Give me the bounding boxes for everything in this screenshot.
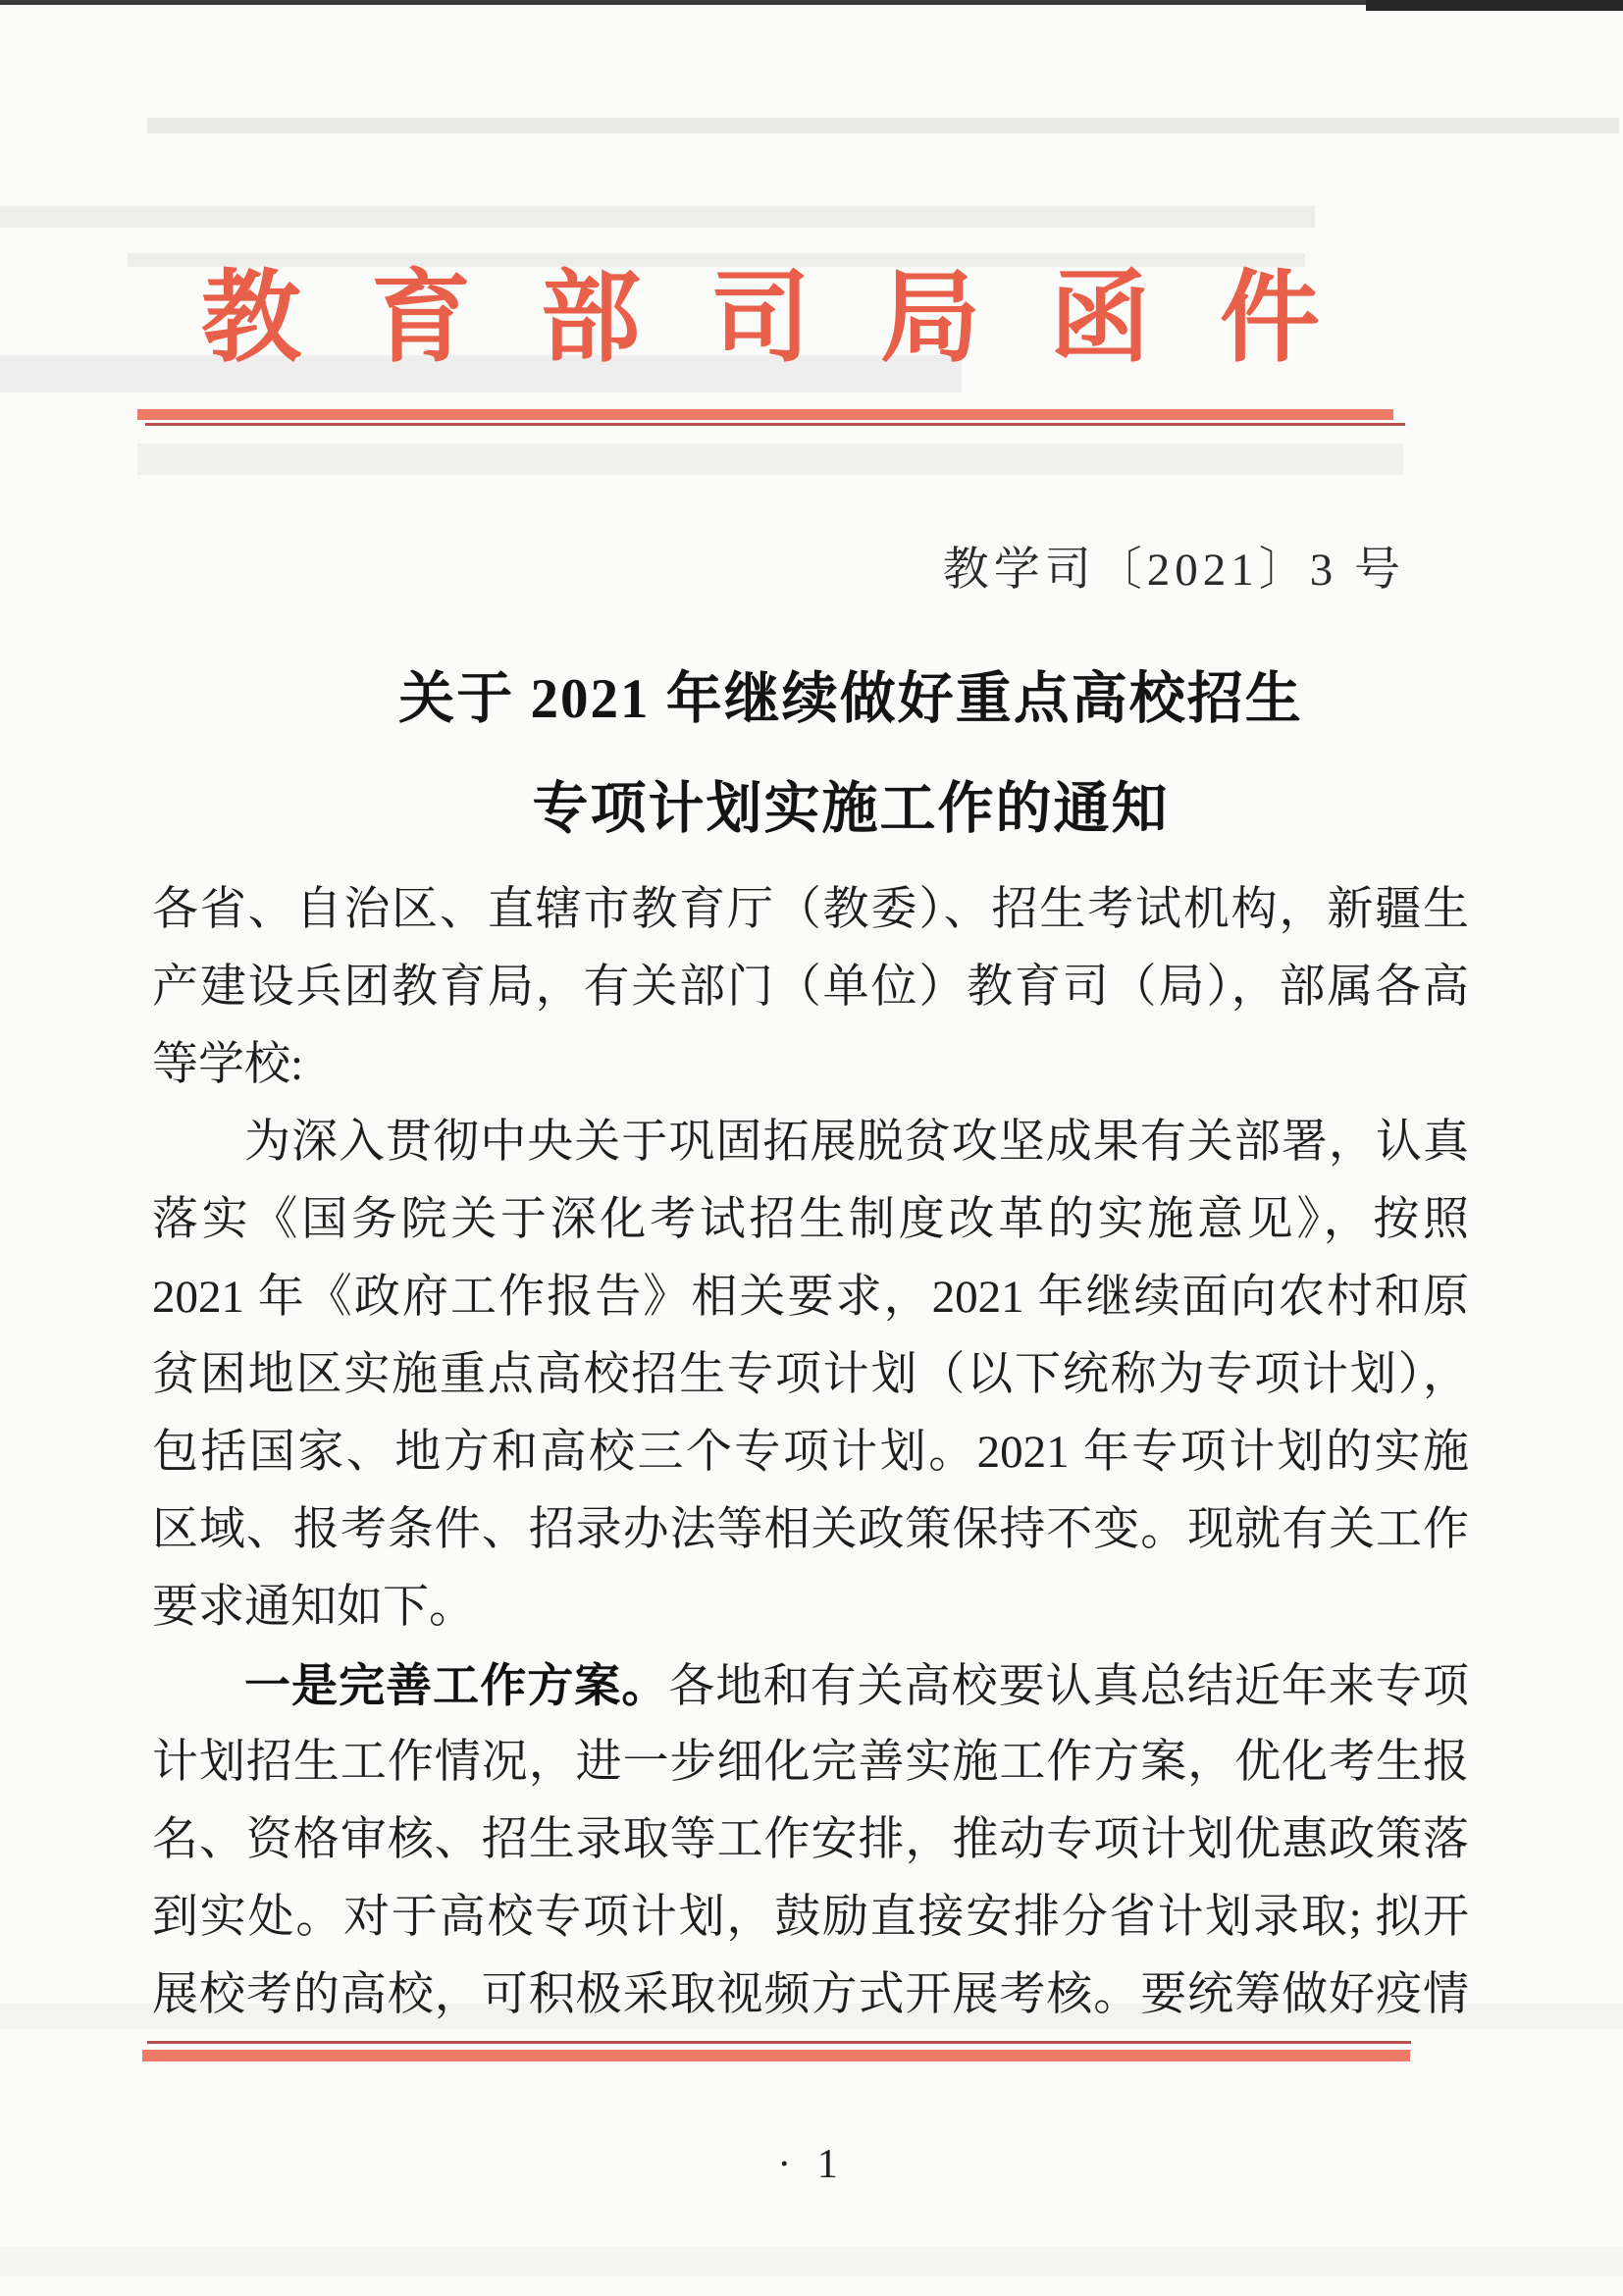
page-number: · 1 — [0, 2141, 1623, 2188]
notice-title-line2: 专项计划实施工作的通知 — [79, 781, 1623, 837]
body-line: 展校考的高校，可积极采取视频方式开展考核。要统筹做好疫情 — [152, 1957, 1469, 2034]
body-line: 2021 年《政府工作报告》相关要求，2021 年继续面向农村和原 — [152, 1259, 1469, 1336]
body-line: 要求通知如下。 — [152, 1569, 1469, 1646]
scan-top-edge-artifact — [0, 0, 1374, 5]
body-line: 包括国家、地方和高校三个专项计划。2021 年专项计划的实施 — [152, 1414, 1469, 1491]
document-number: 教学司〔2021〕3 号 — [943, 533, 1405, 599]
body-line: 名、资格审核、招生录取等工作安排，推动专项计划优惠政策落 — [152, 1801, 1469, 1879]
header-rule-thin — [145, 423, 1405, 426]
scan-streak-artifact — [147, 118, 1619, 133]
body-line: 为深入贯彻中央关于巩固拓展脱贫攻坚成果有关部署，认真 — [152, 1104, 1469, 1181]
body-line: 计划招生工作情况，进一步细化完善实施工作方案，优化考生报 — [152, 1724, 1469, 1801]
body-line: 产建设兵团教育局，有关部门（单位）教育司（局），部属各高 — [152, 949, 1469, 1026]
body-line: 一是完善工作方案。各地和有关高校要认真总结近年来专项 — [152, 1646, 1469, 1724]
footer-rule-thick — [142, 2050, 1410, 2061]
body-line: 等学校: — [152, 1026, 1469, 1104]
scan-top-corner-artifact — [1366, 0, 1623, 11]
document-body: 各省、自治区、直辖市教育厅（教委）、招生考试机构，新疆生 产建设兵团教育局，有关… — [152, 871, 1469, 2034]
letterhead-title: 教育部司局函件 — [201, 265, 1320, 375]
footer-rule-thin — [147, 2041, 1411, 2044]
body-line-text: 各地和有关高校要认真总结近年来专项 — [668, 1661, 1469, 1712]
scanned-document-page: 教育部司局函件 教学司〔2021〕3 号 关于 2021 年继续做好重点高校招生… — [0, 0, 1623, 2296]
scan-streak-artifact — [0, 206, 1315, 228]
body-line: 贫困地区实施重点高校招生专项计划（以下统称为专项计划）， — [152, 1336, 1469, 1414]
body-line: 落实《国务院关于深化考试招生制度改革的实施意见》，按照 — [152, 1181, 1469, 1259]
header-rule-thick — [137, 409, 1393, 420]
body-line: 区域、报考条件、招录办法等相关政策保持不变。现就有关工作 — [152, 1491, 1469, 1569]
body-line: 各省、自治区、直辖市教育厅（教委）、招生考试机构，新疆生 — [152, 871, 1469, 949]
scan-streak-artifact — [0, 2247, 1623, 2276]
body-line: 到实处。对于高校专项计划，鼓励直接安排分省计划录取; 拟开 — [152, 1879, 1469, 1957]
scan-streak-artifact — [137, 444, 1403, 475]
notice-title-line1: 关于 2021 年继续做好重点高校招生 — [79, 671, 1623, 727]
paragraph-lead-bold: 一是完善工作方案。 — [244, 1659, 668, 1711]
